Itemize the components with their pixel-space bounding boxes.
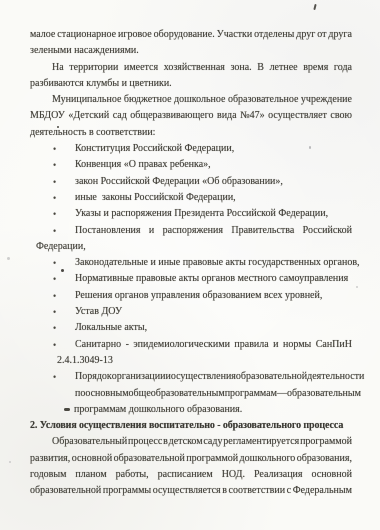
bullet-continuation: Федерации, [36,239,352,255]
bullet-dot-icon: • [30,320,75,336]
bullet-text: Законодательные и иные правовые акты гос… [75,255,352,271]
bullet-continuation: программам дошкольного образования. [30,402,352,418]
text-line: разбиваются клумбы и цветники. [30,76,352,92]
bullet-text: Устав ДОУ [75,304,122,320]
text-line: деятельность в соответствии: [30,125,352,141]
bullet-item: • Порядокорганизациииосуществленияобразо… [30,369,352,385]
bullet-item: • Санитарно-эпидемиологическимиправилаин… [30,337,352,353]
bullet-item: • ПостановленияираспоряженияПравительств… [30,223,352,239]
text-line: Муниципальноебюджетноедошкольноеобразова… [30,92,352,108]
bullet-dot-icon: • [30,190,75,206]
bullet-dot-icon: • [30,271,75,287]
bullet-dot-icon: • [30,206,75,222]
text-line: образовательнойпрограммыосуществляетсявс… [30,483,352,499]
bullet-text: Указы и распоряжения Президента Российск… [75,206,328,222]
bullet-item: • Устав ДОУ [30,304,352,320]
bullet-text: ПостановленияираспоряженияПравительстваР… [75,223,352,239]
bullet-text: Порядокорганизациииосуществленияобразова… [75,369,352,385]
bullet-continuation: поосновнымобщеобразовательнымпрограммам—… [30,386,352,402]
text-line: зелеными насаждениями. [30,43,352,59]
bullet-text: Нормативные правовые акты органов местно… [75,271,348,287]
bullet-item: • Решения органов управления образование… [30,288,352,304]
bullet-dot-icon: • [30,157,75,173]
bullet-dot-icon: • [30,223,75,239]
bullet-dot-icon: • [30,174,75,190]
scan-speck [7,257,10,260]
bullet-text: закон Российской Федерации «Об образован… [75,174,283,190]
scan-speck [356,286,358,288]
document-page: малоестационарноеигровоеоборудование.Уча… [0,0,380,530]
bullet-dot-icon: • [30,255,75,271]
text-line: Натерриторииимеетсяхозяйственнаязона.Вле… [30,60,352,76]
bullet-dot-icon: • [30,337,75,353]
bullet-text: Санитарно-эпидемиологическимиправилаинор… [75,337,352,353]
bullet-item: • Конвенция «О правах ребенка», [30,157,352,173]
bullet-dot-icon: • [30,304,75,320]
bullet-dot-icon: • [30,288,75,304]
bullet-dot-icon: • [30,141,75,157]
bullet-text: программам дошкольного образования. [74,402,242,418]
text-line: годовымпланомработы,расписаниемНОД.Реали… [30,467,352,483]
text-line: развития,основнойобразовательнойпрограмм… [30,451,352,467]
scan-artifact-tick [313,4,316,10]
bullet-item: • Нормативные правовые акты органов мест… [30,271,352,287]
text-line: малоестационарноеигровоеоборудование.Уча… [30,27,352,43]
bullet-text: Конституция Российской Федерации, [75,141,234,157]
bullet-text: иные законы Российской Федерации, [75,190,236,206]
text-line: МБДОУ«Детскийсадобщеразвивающеговида№47»… [30,108,352,124]
bullet-item: • Законодательные и иные правовые акты г… [30,255,352,271]
section-heading: 2. Условия осуществления воспитательно -… [30,418,352,434]
bullet-dot-icon: • [30,369,75,385]
bullet-item: • иные законы Российской Федерации, [30,190,352,206]
bullet-text: Локальные акты, [75,320,147,336]
document-text-block: малоестационарноеигровоеоборудование.Уча… [30,27,352,500]
bullet-item: • закон Российской Федерации «Об образов… [30,174,352,190]
bullet-item: • Конституция Российской Федерации, [30,141,352,157]
bullet-item: • Указы и распоряжения Президента Россий… [30,206,352,222]
scan-speck [9,461,11,463]
text-line: Образовательныйпроцессвдетскомсадуреглам… [30,434,352,450]
bullet-text: Конвенция «О правах ребенка», [75,157,211,173]
bullet-text: Решения органов управления образованием … [75,288,322,304]
bullet-item: • Локальные акты, [30,320,352,336]
stray-dash-mark [64,408,70,411]
bullet-continuation: 2.4.1.3049-13 [57,353,352,369]
